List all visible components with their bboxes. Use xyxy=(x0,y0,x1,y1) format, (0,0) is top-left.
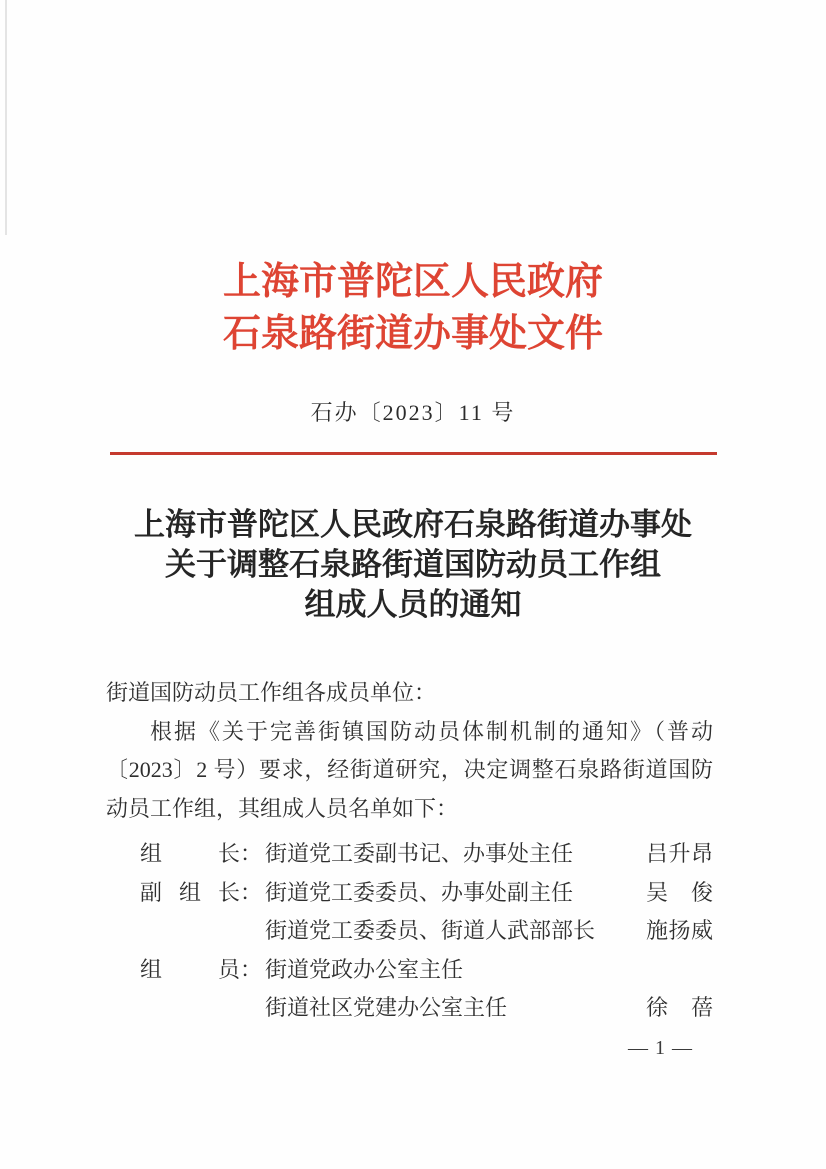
document-title: 上海市普陀区人民政府石泉路街道办事处 关于调整石泉路街道国防动员工作组 组成人员… xyxy=(0,505,826,625)
member-role: 副组长 xyxy=(140,874,240,913)
member-duty: 街道党政办公室主任 xyxy=(265,951,463,990)
member-name: 吕升昂 xyxy=(646,835,713,874)
member-role-colon: ： xyxy=(240,835,262,874)
document-page: 上海市普陀区人民政府 石泉路街道办事处文件 石办〔2023〕11 号 上海市普陀… xyxy=(0,0,826,1169)
member-duty: 街道社区党建办公室主任 xyxy=(265,989,507,1028)
member-row: 街道党工委委员、街道人武部部长施扬威 xyxy=(140,912,713,951)
letterhead-line-2: 石泉路街道办事处文件 xyxy=(0,308,826,360)
member-role: 组长 xyxy=(140,835,240,874)
member-name: 徐蓓 xyxy=(646,989,713,1028)
member-duty: 街道党工委副书记、办事处主任 xyxy=(265,835,573,874)
page-number: — 1 — xyxy=(0,1034,693,1062)
member-duty: 街道党工委委员、街道人武部部长 xyxy=(265,912,595,951)
member-row: 副组长：街道党工委委员、办事处副主任吴俊 xyxy=(140,874,713,913)
member-row: 组员：街道党政办公室主任 xyxy=(140,951,713,990)
scan-artifact-left-edge xyxy=(5,0,7,235)
document-number: 石办〔2023〕11 号 xyxy=(0,398,826,428)
member-row: 街道社区党建办公室主任徐蓓 xyxy=(140,989,713,1028)
member-row: 组长：街道党工委副书记、办事处主任吕升昂 xyxy=(140,835,713,874)
member-role: 组员 xyxy=(140,951,240,990)
red-divider-rule xyxy=(110,452,717,455)
member-role-colon: ： xyxy=(240,874,262,913)
member-name: 吴俊 xyxy=(646,874,713,913)
member-list: 组长：街道党工委副书记、办事处主任吕升昂 副组长：街道党工委委员、办事处副主任吴… xyxy=(106,835,713,1028)
letterhead-line-1: 上海市普陀区人民政府 xyxy=(0,256,826,308)
intro-paragraph: 根据《关于完善街镇国防动员体制机制的通知》（普动〔2023〕2 号）要求，经街道… xyxy=(106,713,713,829)
member-role-colon: ： xyxy=(240,951,262,990)
salutation-line: 街道国防动员工作组各成员单位： xyxy=(106,674,713,713)
title-line-2: 关于调整石泉路街道国防动员工作组 xyxy=(0,545,826,585)
title-line-3: 组成人员的通知 xyxy=(0,585,826,625)
member-name: 施扬威 xyxy=(646,912,713,951)
title-line-1: 上海市普陀区人民政府石泉路街道办事处 xyxy=(0,505,826,545)
red-letterhead: 上海市普陀区人民政府 石泉路街道办事处文件 xyxy=(0,256,826,360)
member-duty: 街道党工委委员、办事处副主任 xyxy=(265,874,573,913)
document-body: 街道国防动员工作组各成员单位： 根据《关于完善街镇国防动员体制机制的通知》（普动… xyxy=(106,674,713,1028)
